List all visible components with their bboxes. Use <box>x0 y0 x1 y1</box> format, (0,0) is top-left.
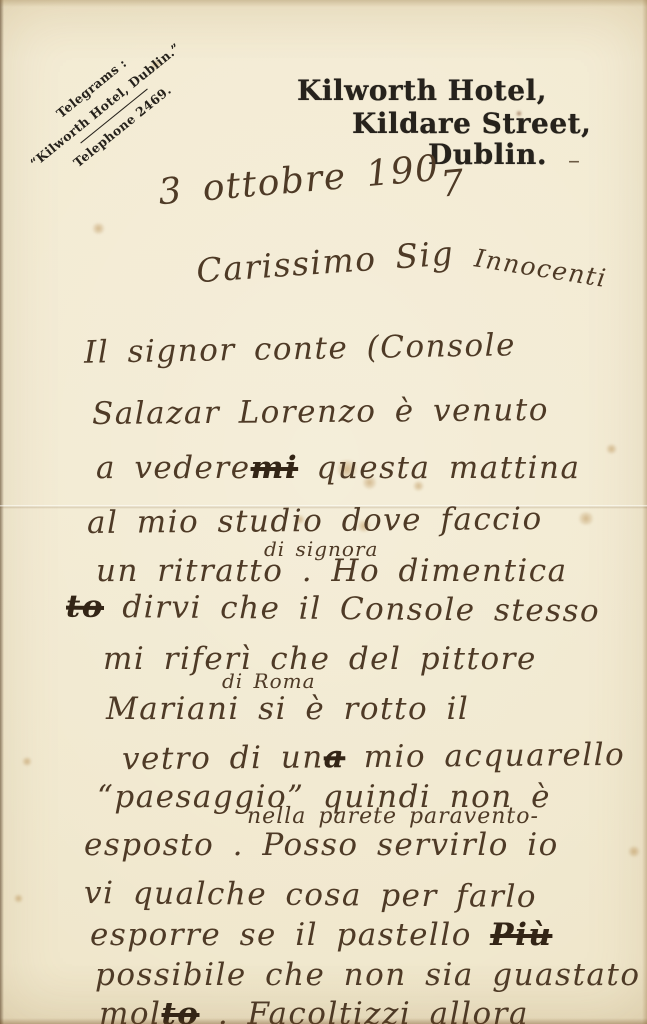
date-line: 3 ottobre 1907 <box>157 149 465 212</box>
photo-edge-top <box>0 0 647 7</box>
letter-line: vi qualche cosa per farlo <box>84 878 537 913</box>
letter-line: di signoraun ritratto . Ho dimentica <box>96 556 568 587</box>
crossed-out-word: to <box>161 996 199 1024</box>
letter-line: possibile che non sia guastato <box>95 960 641 991</box>
letter-line: molto . Facoltizzi allora <box>99 999 529 1024</box>
letterhead-street: Kildare Street, <box>352 107 591 140</box>
salutation: Carissimo Sig Innocenti <box>195 226 607 288</box>
crossed-out-word: to <box>66 589 104 625</box>
photo-edge-right <box>642 0 647 1024</box>
stain <box>92 223 105 234</box>
interline-insertion: di Roma <box>222 671 316 691</box>
letter-line: vetro di una mio acquarello <box>122 740 626 775</box>
stain <box>578 512 594 525</box>
letter-line: esposto . Posso servirlo io <box>84 830 559 861</box>
letterhead-dash: – <box>568 146 580 174</box>
letter-line: Il signor conte (Console <box>84 330 516 369</box>
letter-line: a vederemi questa mattina <box>96 453 581 484</box>
stain <box>606 444 617 454</box>
recipient-name: Innocenti <box>473 245 609 291</box>
letter-line: al mio studio dove faccio <box>87 504 543 539</box>
letter-line: Salazar Lorenzo è venuto <box>92 395 549 430</box>
interline-insertion: di signora <box>264 539 378 559</box>
stain <box>22 757 32 766</box>
letter-photo: Telegrams : “Kilworth Hotel, Dublin.” Te… <box>0 0 647 1024</box>
interline-insertion: nella parete paravento- <box>247 806 539 828</box>
letterhead-hotel-name: Kilworth Hotel, <box>297 74 547 107</box>
letter-line: mi riferì che del pittore <box>103 644 537 675</box>
crossed-out-word: Più <box>490 917 552 953</box>
stain <box>628 846 640 857</box>
crossed-out-word: mi <box>251 450 299 486</box>
letter-line: di RomaMariani si è rotto il <box>106 694 469 725</box>
telegrams-address: “Kilworth Hotel, Dublin.” <box>17 31 194 180</box>
stain <box>14 894 23 903</box>
crossed-out-word: a <box>324 739 346 775</box>
letter-line: esporre se il pastello Più <box>90 920 552 951</box>
letter-line: to dirvi che il Console stesso <box>66 592 600 628</box>
